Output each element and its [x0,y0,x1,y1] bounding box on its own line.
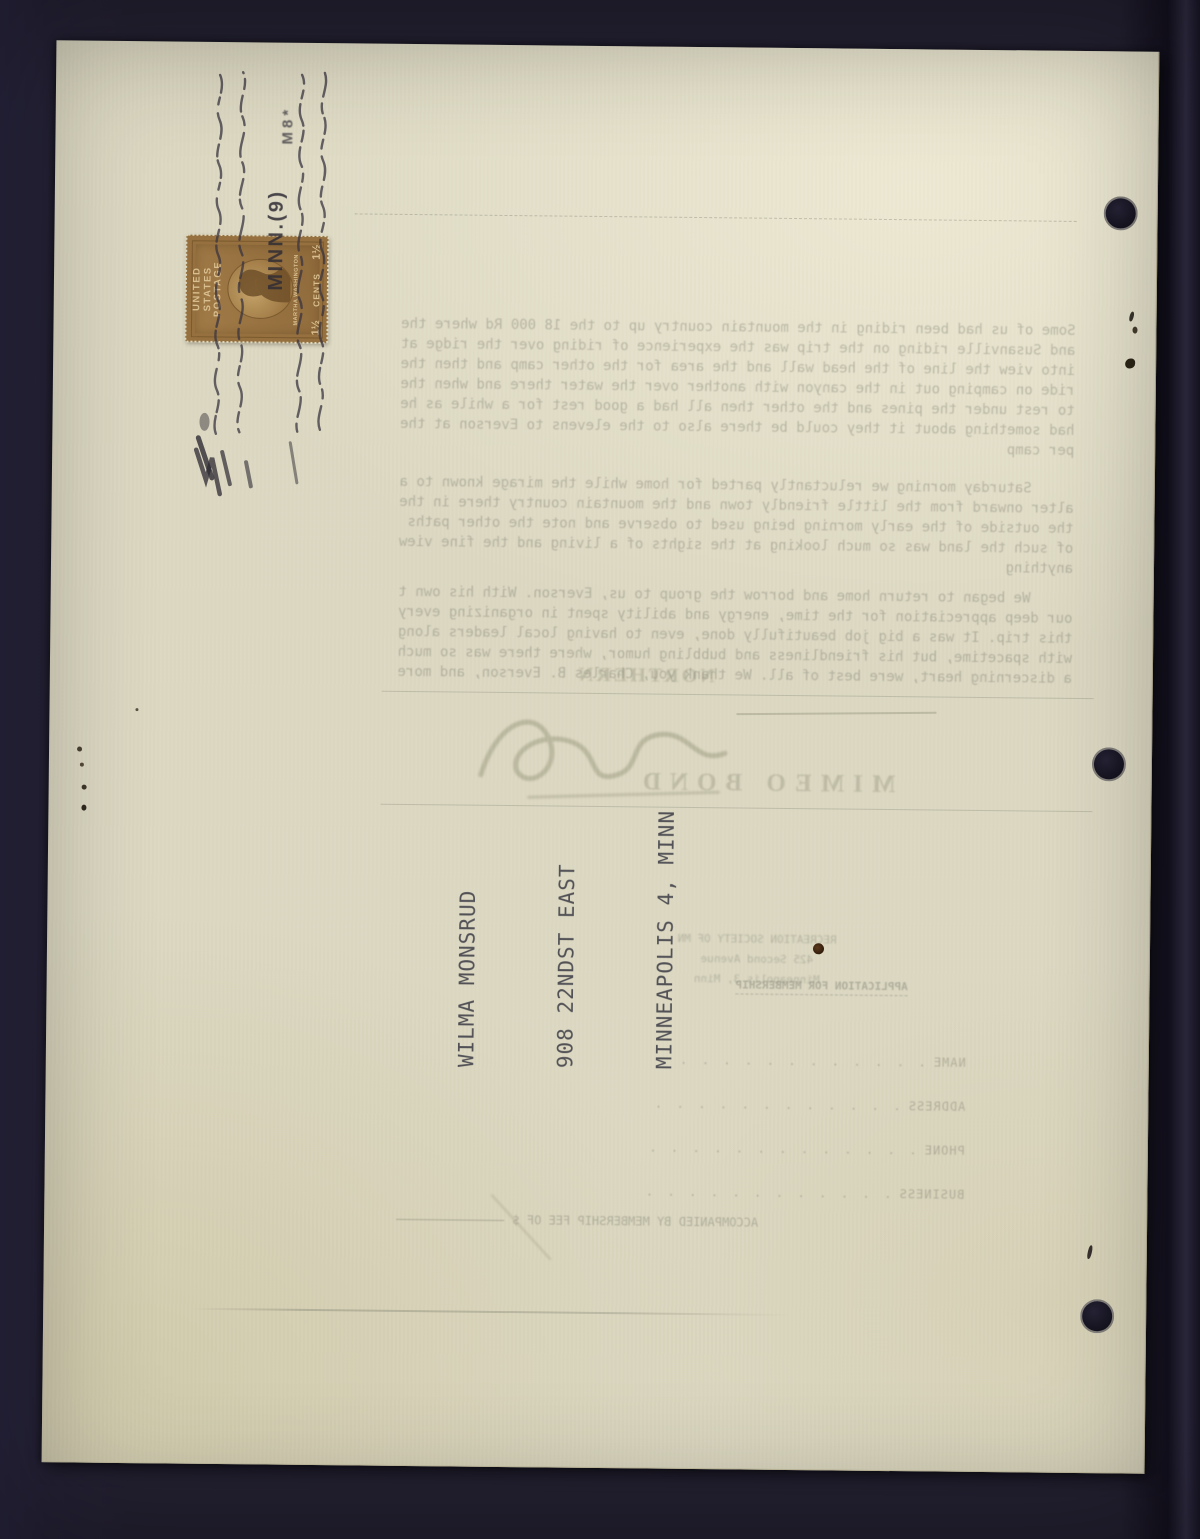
ink-smudges [196,413,298,495]
paper-speck [1128,311,1134,322]
paper-speck [1125,358,1135,368]
dotted-leader: . . . . . . . . . . . . [655,1097,908,1114]
dotted-leader: . . . . . . . . . . . . . [649,1141,924,1158]
paper-tear-mark [1086,1245,1093,1260]
scanned-mail-page: Some of us had been riding in the mounta… [0,0,1200,1539]
form-label: ADDRESS [908,1099,966,1114]
paper-sheet: Some of us had been riding in the mounta… [42,40,1160,1473]
form-label: NAME [933,1055,966,1069]
bleedthrough-rule-top [355,213,1077,222]
bleedthrough-form-footer: ACCOMPANIED BY MEMBERSHIP FEE OF $ [396,1212,758,1231]
address-block: WILMA MONSRUD 908 22NDST EAST MINNEAPOLI… [431,796,704,1069]
bleedthrough-rule-bottom [191,1308,791,1316]
paper-speck [81,805,86,811]
paper-speck [82,785,87,790]
watermark-mimeo-bond: MIMEO BOND [604,768,926,799]
watermark-northern: NORTHERN [558,664,733,689]
ink-stain [813,943,824,954]
address-line-city: MINNEAPOLIS 4, MINN [648,799,684,1069]
paper-speck [80,763,84,767]
dotted-leader: . . . . . . . . . . . . [646,1184,899,1201]
form-heading-text: APPLICATION FOR MEMBERSHIP [735,978,907,996]
paper-speck [1132,327,1137,334]
punch-hole-bottom [1080,1299,1114,1333]
form-row: ADDRESS . . . . . . . . . . . . [623,1096,965,1144]
postmark-fragment-text: M8* [279,105,296,144]
form-label: BUSINESS [899,1187,965,1202]
form-label: PHONE [924,1143,965,1157]
address-line-street: 908 22NDST EAST [549,797,585,1067]
form-footer-text: ACCOMPANIED BY MEMBERSHIP FEE OF $ [512,1213,758,1231]
postmark-text: MINN.(9) [265,189,289,290]
watermark-underline [736,712,936,715]
bleedthrough-paragraph: We began to return home and borrow the g… [350,521,1074,689]
form-row: PHONE . . . . . . . . . . . . . [623,1140,965,1188]
postmark: MINN.(9) [197,159,359,321]
punch-hole-top [1104,196,1138,230]
membership-form-rows: NAME . . . . . . . . . . . . .ADDRESS . … [622,1052,966,1232]
paper-speck [77,747,82,752]
fee-blank-line [396,1219,504,1222]
paper-speck [135,708,138,711]
address-line-name: WILMA MONSRUD [450,796,486,1066]
postmark-fragment: M8* [250,87,325,162]
punch-hole-middle [1092,747,1126,781]
